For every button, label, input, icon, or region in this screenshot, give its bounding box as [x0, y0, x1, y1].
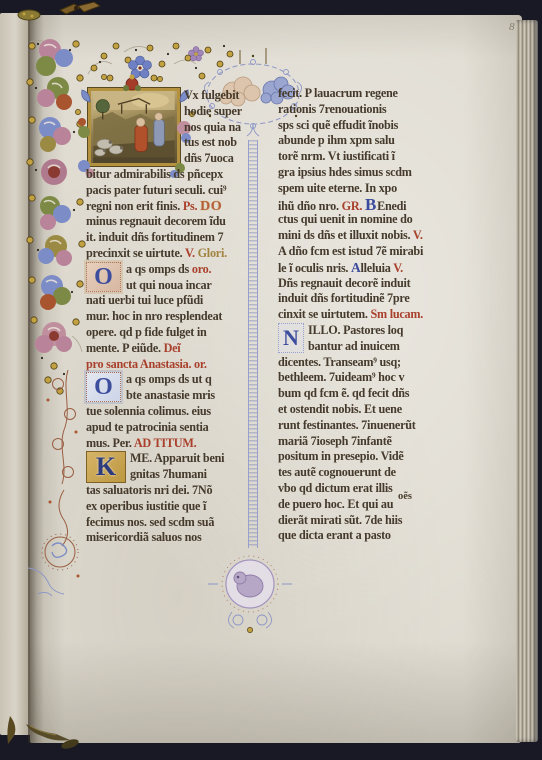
- text-segment: Enedi: [377, 199, 406, 213]
- leather-ties-icon: [6, 714, 156, 758]
- text-segment: oro.: [192, 262, 211, 276]
- text-segment: de puero hoc. Et qui au: [278, 497, 393, 511]
- text-line: que dicta erant a pasto: [278, 528, 456, 544]
- text-segment: regni non erit finis.: [86, 199, 183, 213]
- text-segment: mini ds dñs et illuxit nobis.: [278, 228, 413, 242]
- text-segment: bantur ad inuicem: [308, 339, 400, 353]
- text-segment: a qs omps ds ut q: [126, 372, 212, 386]
- text-segment: hodie super: [184, 104, 242, 118]
- text-line: rationis 7renouationis: [278, 102, 456, 118]
- text-segment: ME. Apparuit beni: [130, 451, 224, 465]
- text-segment: bethleem. 7uideam⁹ hoc v: [278, 370, 404, 384]
- text-line: fecit. P lauacrum regene: [278, 86, 456, 102]
- text-segment: V.: [393, 261, 403, 275]
- text-segment: dñs 7uoca: [184, 151, 234, 165]
- text-line: abunde p ihm xpm salu: [278, 133, 456, 149]
- text-segment: A dño fcm est istud 7ẽ mirabi: [278, 244, 423, 258]
- text-line: Dñs regnauit decorẽ induit: [278, 276, 456, 292]
- text-segment: tas saluatoris nri dei. 7Nõ: [86, 483, 212, 497]
- text-line: ILLO. Pastores loq: [278, 323, 456, 339]
- text-line: minus regnauit decorem ĩdu: [86, 214, 256, 230]
- text-line: et ostendit nobis. Et uene: [278, 402, 456, 418]
- versal-initial-O: O: [86, 262, 121, 292]
- text-line: mente. P eiũde. Deĩ: [86, 341, 256, 357]
- text-line: tus est nob: [86, 135, 256, 151]
- text-segment: gra ipsius hdes simus scdm: [278, 165, 412, 179]
- text-line: gra ipsius hdes simus scdm: [278, 165, 456, 181]
- text-segment: fecit. P lauacrum regene: [278, 86, 398, 100]
- text-segment: mur. hoc in nro resplendeat: [86, 309, 222, 323]
- text-line: induit dñs fortitudinẽ 7pre: [278, 291, 456, 307]
- text-segment: bte anastasie mris: [126, 388, 215, 402]
- text-segment: tus est nob: [184, 135, 237, 149]
- text-segment: le ĩ oculis nris.: [278, 261, 351, 275]
- text-segment: Sm lucam.: [370, 307, 423, 321]
- text-segment: runt festinantes. 7inuenerũt: [278, 418, 416, 432]
- text-line: bitur admirabilis ds pñcepx: [86, 167, 256, 183]
- text-segment: apud te patrocinia sentia: [86, 420, 209, 434]
- text-segment: induit dñs fortitudinẽ 7pre: [278, 291, 410, 305]
- text-line: ctus qui uenit in nomine do: [278, 212, 456, 228]
- text-line: sps sci quẽ effudit ĩnobis: [278, 118, 456, 134]
- text-line: nos quia na: [86, 120, 256, 136]
- fore-edge-page-stack: [516, 20, 538, 742]
- text-segment: misericordiã saluos nos: [86, 530, 201, 544]
- text-segment: ut qui noua incar: [126, 278, 212, 292]
- text-segment: tes autẽ cognouerunt de: [278, 465, 396, 479]
- text-segment: dierãt mirati sũt. 7de hiis: [278, 513, 402, 527]
- text-segment: AD TITUM.: [134, 436, 197, 450]
- text-line: mariã 7ioseph 7infantẽ: [278, 434, 456, 450]
- text-line: hodie super: [86, 104, 256, 120]
- folio-number: 8: [509, 21, 515, 33]
- divider-medallion-icon: [202, 546, 298, 634]
- text-segment: ILLO. Pastores loq: [308, 323, 403, 337]
- text-line: positum in presepio. Vidẽ: [278, 449, 456, 465]
- text-segment: que dicta erant a pasto: [278, 528, 391, 542]
- text-segment: Dñs regnauit decorẽ induit: [278, 276, 410, 290]
- text-line: mus. Per. AD TITUM.: [86, 436, 256, 452]
- text-line: bum qd fcm ẽ. qd fecit dñs: [278, 386, 456, 402]
- versal-initial-N: N: [278, 323, 304, 353]
- clasp-icon: [54, 0, 102, 18]
- text-line: misericordiã saluos nos: [86, 530, 256, 546]
- text-line: bethleem. 7uideam⁹ hoc v: [278, 370, 456, 386]
- text-segment: bum qd fcm ẽ. qd fecit dñs: [278, 386, 409, 400]
- marginal-note: oẽs: [398, 491, 412, 502]
- text-line: torẽ nrm. Vt iustificati ĩ: [278, 149, 456, 165]
- text-line: precinxit se uirtute. V. Glori.: [86, 246, 256, 262]
- text-line: le ĩ oculis nris. Alleluia V.: [278, 260, 456, 276]
- text-line: de puero hoc. Et qui au: [278, 497, 456, 513]
- text-segment: vbo qd dictum erat illis: [278, 481, 393, 495]
- text-segment: B: [365, 195, 377, 214]
- text-line: dierãt mirati sũt. 7de hiis: [278, 513, 456, 529]
- text-line: it. induit dñs fortitudinem 7: [86, 230, 256, 246]
- versal-initial-O: O: [86, 372, 121, 402]
- text-line: apud te patrocinia sentia: [86, 420, 256, 436]
- text-segment: V.: [413, 228, 423, 242]
- text-segment: spem uite eterne. In xpo: [278, 181, 397, 195]
- text-segment: pacis pater futuri seculi. cui⁹: [86, 183, 226, 197]
- text-segment: bitur admirabilis ds pñcepx: [86, 167, 223, 181]
- text-segment: Deĩ: [164, 341, 181, 355]
- text-segment: sps sci quẽ effudit ĩnobis: [278, 118, 398, 132]
- text-segment: nos quia na: [184, 120, 241, 134]
- text-segment: mus. Per.: [86, 436, 134, 450]
- text-segment: gnitas 7humani: [130, 467, 207, 481]
- text-segment: abunde p ihm xpm salu: [278, 133, 395, 147]
- versal-initial-K: K: [86, 451, 126, 483]
- text-segment: GR.: [342, 199, 365, 213]
- text-segment: rationis 7renouationis: [278, 102, 386, 116]
- text-segment: torẽ nrm. Vt iustificati ĩ: [278, 149, 395, 163]
- text-segment: a qs omps ds: [126, 262, 192, 276]
- text-line: runt festinantes. 7inuenerũt: [278, 418, 456, 434]
- text-segment: DO: [200, 199, 222, 214]
- text-segment: mariã 7ioseph 7infantẽ: [278, 434, 392, 448]
- text-segment: opere. qd p fide fulget in: [86, 325, 207, 339]
- text-segment: lleluia: [361, 261, 394, 275]
- text-segment: Glori.: [198, 246, 227, 260]
- text-line: tes autẽ cognouerunt de: [278, 465, 456, 481]
- text-segment: ctus qui uenit in nomine do: [278, 212, 412, 226]
- text-segment: pro sancta Anastasia. or.: [86, 357, 207, 371]
- text-line: nati uerbi tui luce pfũdi: [86, 293, 256, 309]
- text-line: vbo qd dictum erat illis: [278, 481, 456, 497]
- text-line: ihũ dño nro. GR. BEnedi: [278, 197, 456, 213]
- text-line: bantur ad inuicem: [278, 339, 456, 355]
- text-segment: nati uerbi tui luce pfũdi: [86, 293, 203, 307]
- text-segment: A: [351, 260, 361, 275]
- text-segment: fecimus nos. sed scdm suã: [86, 515, 214, 529]
- endband-icon: [16, 8, 42, 22]
- text-segment: ex operibus iustitie que ĩ: [86, 499, 206, 513]
- text-column-right: fecit. P lauacrum regenerationis 7renoua…: [278, 86, 456, 544]
- text-segment: positum in presepio. Vidẽ: [278, 449, 404, 463]
- text-segment: cinxit se uirtutem.: [278, 307, 370, 321]
- text-line: mini ds dñs et illuxit nobis. V.: [278, 228, 456, 244]
- text-segment: minus regnauit decorem ĩdu: [86, 214, 226, 228]
- text-line: dñs 7uoca: [86, 151, 256, 167]
- text-segment: dicentes. Transeam⁹ usq;: [278, 355, 401, 369]
- text-segment: tue solennia colimus. eius: [86, 404, 211, 418]
- text-segment: it. induit dñs fortitudinem 7: [86, 230, 223, 244]
- text-segment: mente. P eiũde.: [86, 341, 164, 355]
- text-line: mur. hoc in nro resplendeat: [86, 309, 256, 325]
- text-line: pacis pater futuri seculi. cui⁹: [86, 183, 256, 199]
- text-segment: ihũ dño nro.: [278, 199, 342, 213]
- text-line: dicentes. Transeam⁹ usq;: [278, 355, 456, 371]
- text-segment: precinxit se uirtute.: [86, 246, 185, 260]
- text-segment: V.: [185, 246, 198, 260]
- text-line: Vx fulgebit: [86, 88, 256, 104]
- text-line: pro sancta Anastasia. or.: [86, 357, 256, 373]
- text-line: regni non erit finis. Ps. DO: [86, 199, 256, 215]
- text-segment: Ps.: [183, 199, 200, 213]
- text-line: tue solennia colimus. eius: [86, 404, 256, 420]
- text-line: ex operibus iustitie que ĩ: [86, 499, 256, 515]
- text-line: tas saluatoris nri dei. 7Nõ: [86, 483, 256, 499]
- text-line: A dño fcm est istud 7ẽ mirabi: [278, 244, 456, 260]
- text-line: opere. qd p fide fulget in: [86, 325, 256, 341]
- text-line: fecimus nos. sed scdm suã: [86, 515, 256, 531]
- text-column-left: Vx fulgebithodie supernos quia natus est…: [86, 88, 256, 546]
- text-line: cinxit se uirtutem. Sm lucam.: [278, 307, 456, 323]
- text-segment: et ostendit nobis. Et uene: [278, 402, 402, 416]
- text-segment: Vx fulgebit: [184, 88, 239, 102]
